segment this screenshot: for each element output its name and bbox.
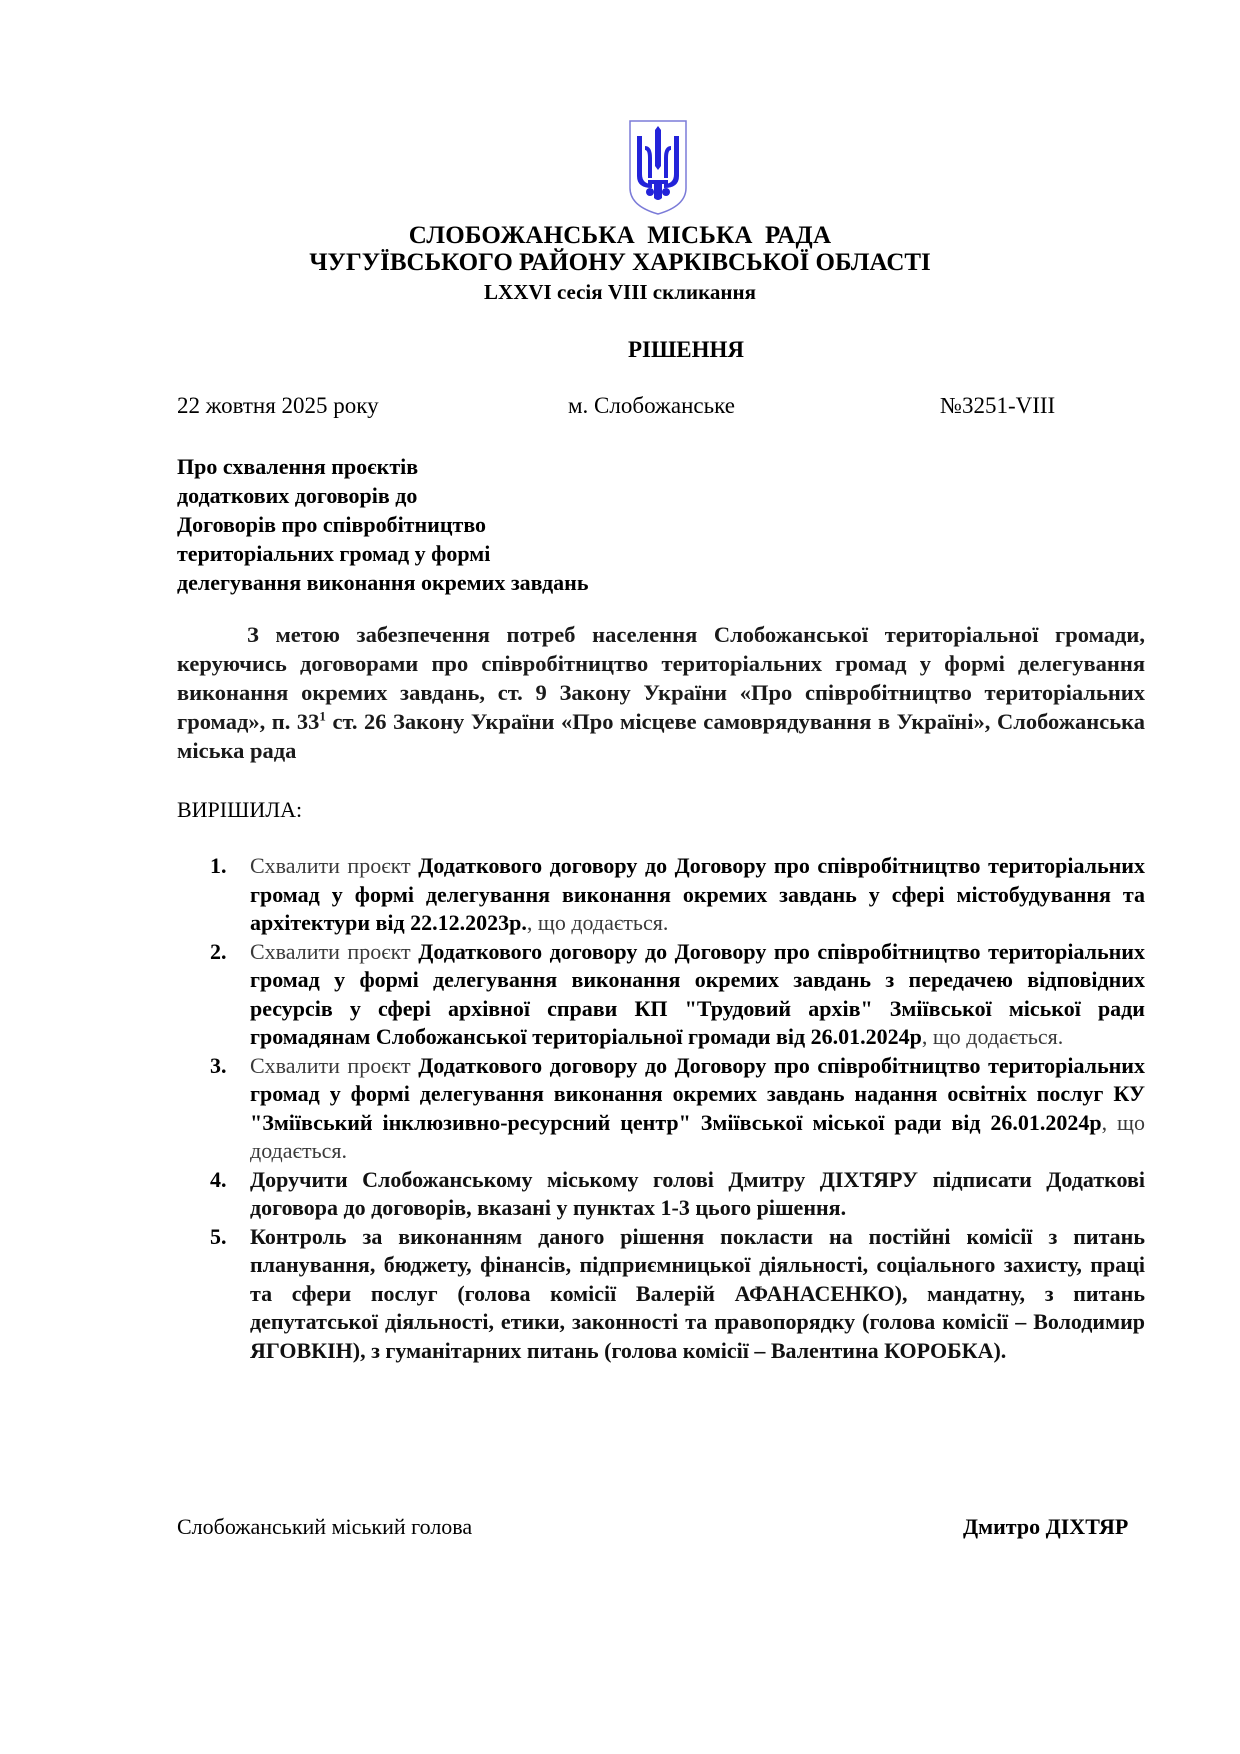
subject-line: делегування виконання окремих завдань [177, 568, 737, 597]
signatory-name: Дмитро ДІХТЯР [963, 1514, 1128, 1540]
list-item: 2.Схвалити проєкт Додаткового договору д… [210, 938, 1145, 1052]
subject-line: територіальних громад у формі [177, 539, 737, 568]
list-item: 3.Схвалити проєкт Додаткового договору д… [210, 1052, 1145, 1166]
subject-line: Договорів про співробітництво [177, 510, 737, 539]
decision-place: м. Слобожанське [568, 393, 735, 419]
decision-subject: Про схвалення проєктів додаткових догово… [177, 452, 737, 597]
item-lead: Схвалити проєкт [250, 939, 418, 964]
council-name: СЛОБОЖАНСЬКА МІСЬКА РАДА [0, 222, 1240, 250]
item-lead: Схвалити проєкт [250, 853, 418, 878]
document-title: РІШЕННЯ [66, 337, 1240, 363]
item-lead: Схвалити проєкт [250, 1053, 418, 1078]
item-tail: , що додається. [922, 1024, 1063, 1049]
document-page: СЛОБОЖАНСЬКА МІСЬКА РАДА ЧУГУЇВСЬКОГО РА… [0, 0, 1240, 1754]
resolution-items: 1.Схвалити проєкт Додаткового договору д… [210, 852, 1145, 1365]
subject-line: Про схвалення проєктів [177, 452, 737, 481]
item-number: 1. [210, 852, 227, 881]
signatory-role: Слобожанський міський голова [177, 1514, 472, 1540]
list-item: 1.Схвалити проєкт Додаткового договору д… [210, 852, 1145, 938]
decision-number: №3251-VIII [940, 393, 1055, 419]
list-item: 5.Контроль за виконанням даного рішення … [210, 1223, 1145, 1366]
item-number: 2. [210, 938, 227, 967]
item-text: Контроль за виконанням даного рішення по… [250, 1224, 1145, 1363]
item-text: Доручити Слобожанському міському голові … [250, 1167, 1145, 1221]
decision-date: 22 жовтня 2025 року [177, 393, 379, 419]
subject-line: додаткових договорів до [177, 481, 737, 510]
session-info: LXXVI сесія VIII скликання [0, 280, 1240, 305]
item-number: 5. [210, 1223, 227, 1252]
item-number: 4. [210, 1166, 227, 1195]
item-tail: , що додається. [527, 910, 668, 935]
preamble-paragraph: З метою забезпечення потреб населення Сл… [177, 620, 1145, 765]
council-region: ЧУГУЇВСЬКОГО РАЙОНУ ХАРКІВСЬКОЇ ОБЛАСТІ [0, 249, 1240, 277]
coat-of-arms-icon [628, 118, 688, 216]
list-item: 4.Доручити Слобожанському міському голов… [210, 1166, 1145, 1223]
item-number: 3. [210, 1052, 227, 1081]
resolved-label: ВИРІШИЛА: [177, 797, 302, 823]
